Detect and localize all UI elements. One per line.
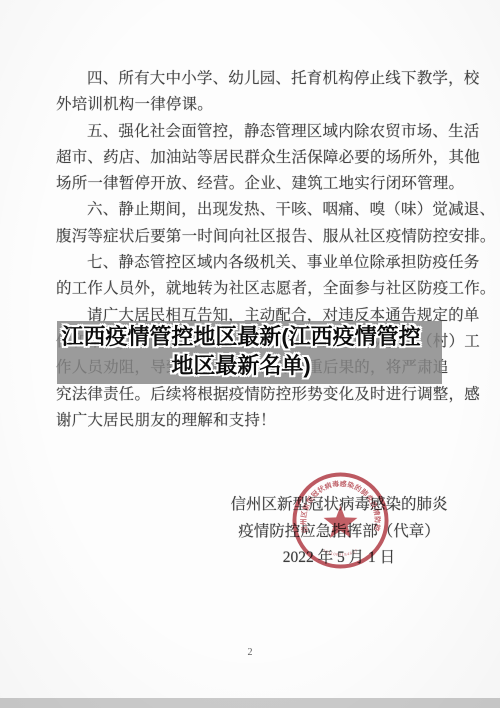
svg-text:3611000184607: 3611000184607 [322,548,359,557]
body-line: 谢广大居民朋友的理解和支持！ [56,408,450,434]
body-line: 六、静止期间，出现发热、干咳、咽痛、嗅（味）觉减退、 [56,197,450,223]
page-number: 2 [0,647,500,658]
seal-code: 3611000184607 [322,548,359,557]
body-line: 的工作人员外，就地转为社区志愿者，全面参与社区防疫工作。 [56,276,450,302]
body-line: 外培训机构一律停课。 [56,92,450,118]
seal-star-icon [324,506,358,538]
body-line: 超市、药店、加油站等居民群众生活保障必要的场所外，其他 [56,145,450,171]
body-line: 四、所有大中小学、幼儿园、托育机构停止线下教学，校 [56,66,450,92]
body-line: 究法律责任。后续将根据疫情防控形势变化及时进行调整，感 [56,382,450,408]
body-line: 场所一律暂停开放、经营。企业、建筑工地实行闭环管理。 [56,171,450,197]
body-line: 腹泻等症状后要第一时间向社区报告、服从社区疫情防控安排。 [56,224,450,250]
photo-bottom-edge [0,698,500,708]
body-line: 七、静态管控区域内各级机关、事业单位除承担防疫任务 [56,250,450,276]
overlay-title-line2: 地区最新名单) [0,351,482,380]
body-line: 五、强化社会面管控，静态管理区域内除农贸市场、生活 [56,119,450,145]
official-seal-stamp: 信州区新型冠状病毒感染的肺炎疫情防控应急指挥部 3611000184607 [291,471,390,570]
overlay-title: 江西疫情管控地区最新(江西疫情管控 地区最新名单) [0,322,482,380]
document-page: 四、所有大中小学、幼儿园、托育机构停止线下教学，校 外培训机构一律停课。 五、强… [0,0,500,708]
overlay-title-line1: 江西疫情管控地区最新(江西疫情管控 [0,322,482,351]
